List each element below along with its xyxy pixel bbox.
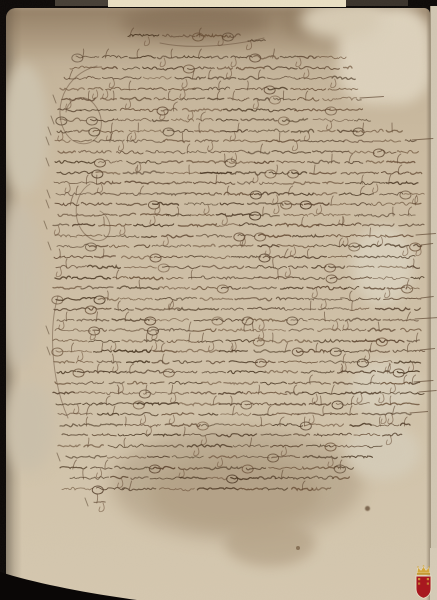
crown-base xyxy=(417,573,430,575)
castle-mark xyxy=(427,583,429,585)
castle-mark xyxy=(418,583,420,585)
archive-coat-of-arms-stamp xyxy=(413,564,434,600)
paper-grain xyxy=(6,8,430,600)
handwriting-layer xyxy=(0,0,437,600)
castle-mark xyxy=(418,578,420,580)
castle-mark xyxy=(427,578,429,580)
crown-icon xyxy=(417,567,430,574)
photo-canvas: Photograph of an early-modern Spanish ma… xyxy=(0,0,437,600)
